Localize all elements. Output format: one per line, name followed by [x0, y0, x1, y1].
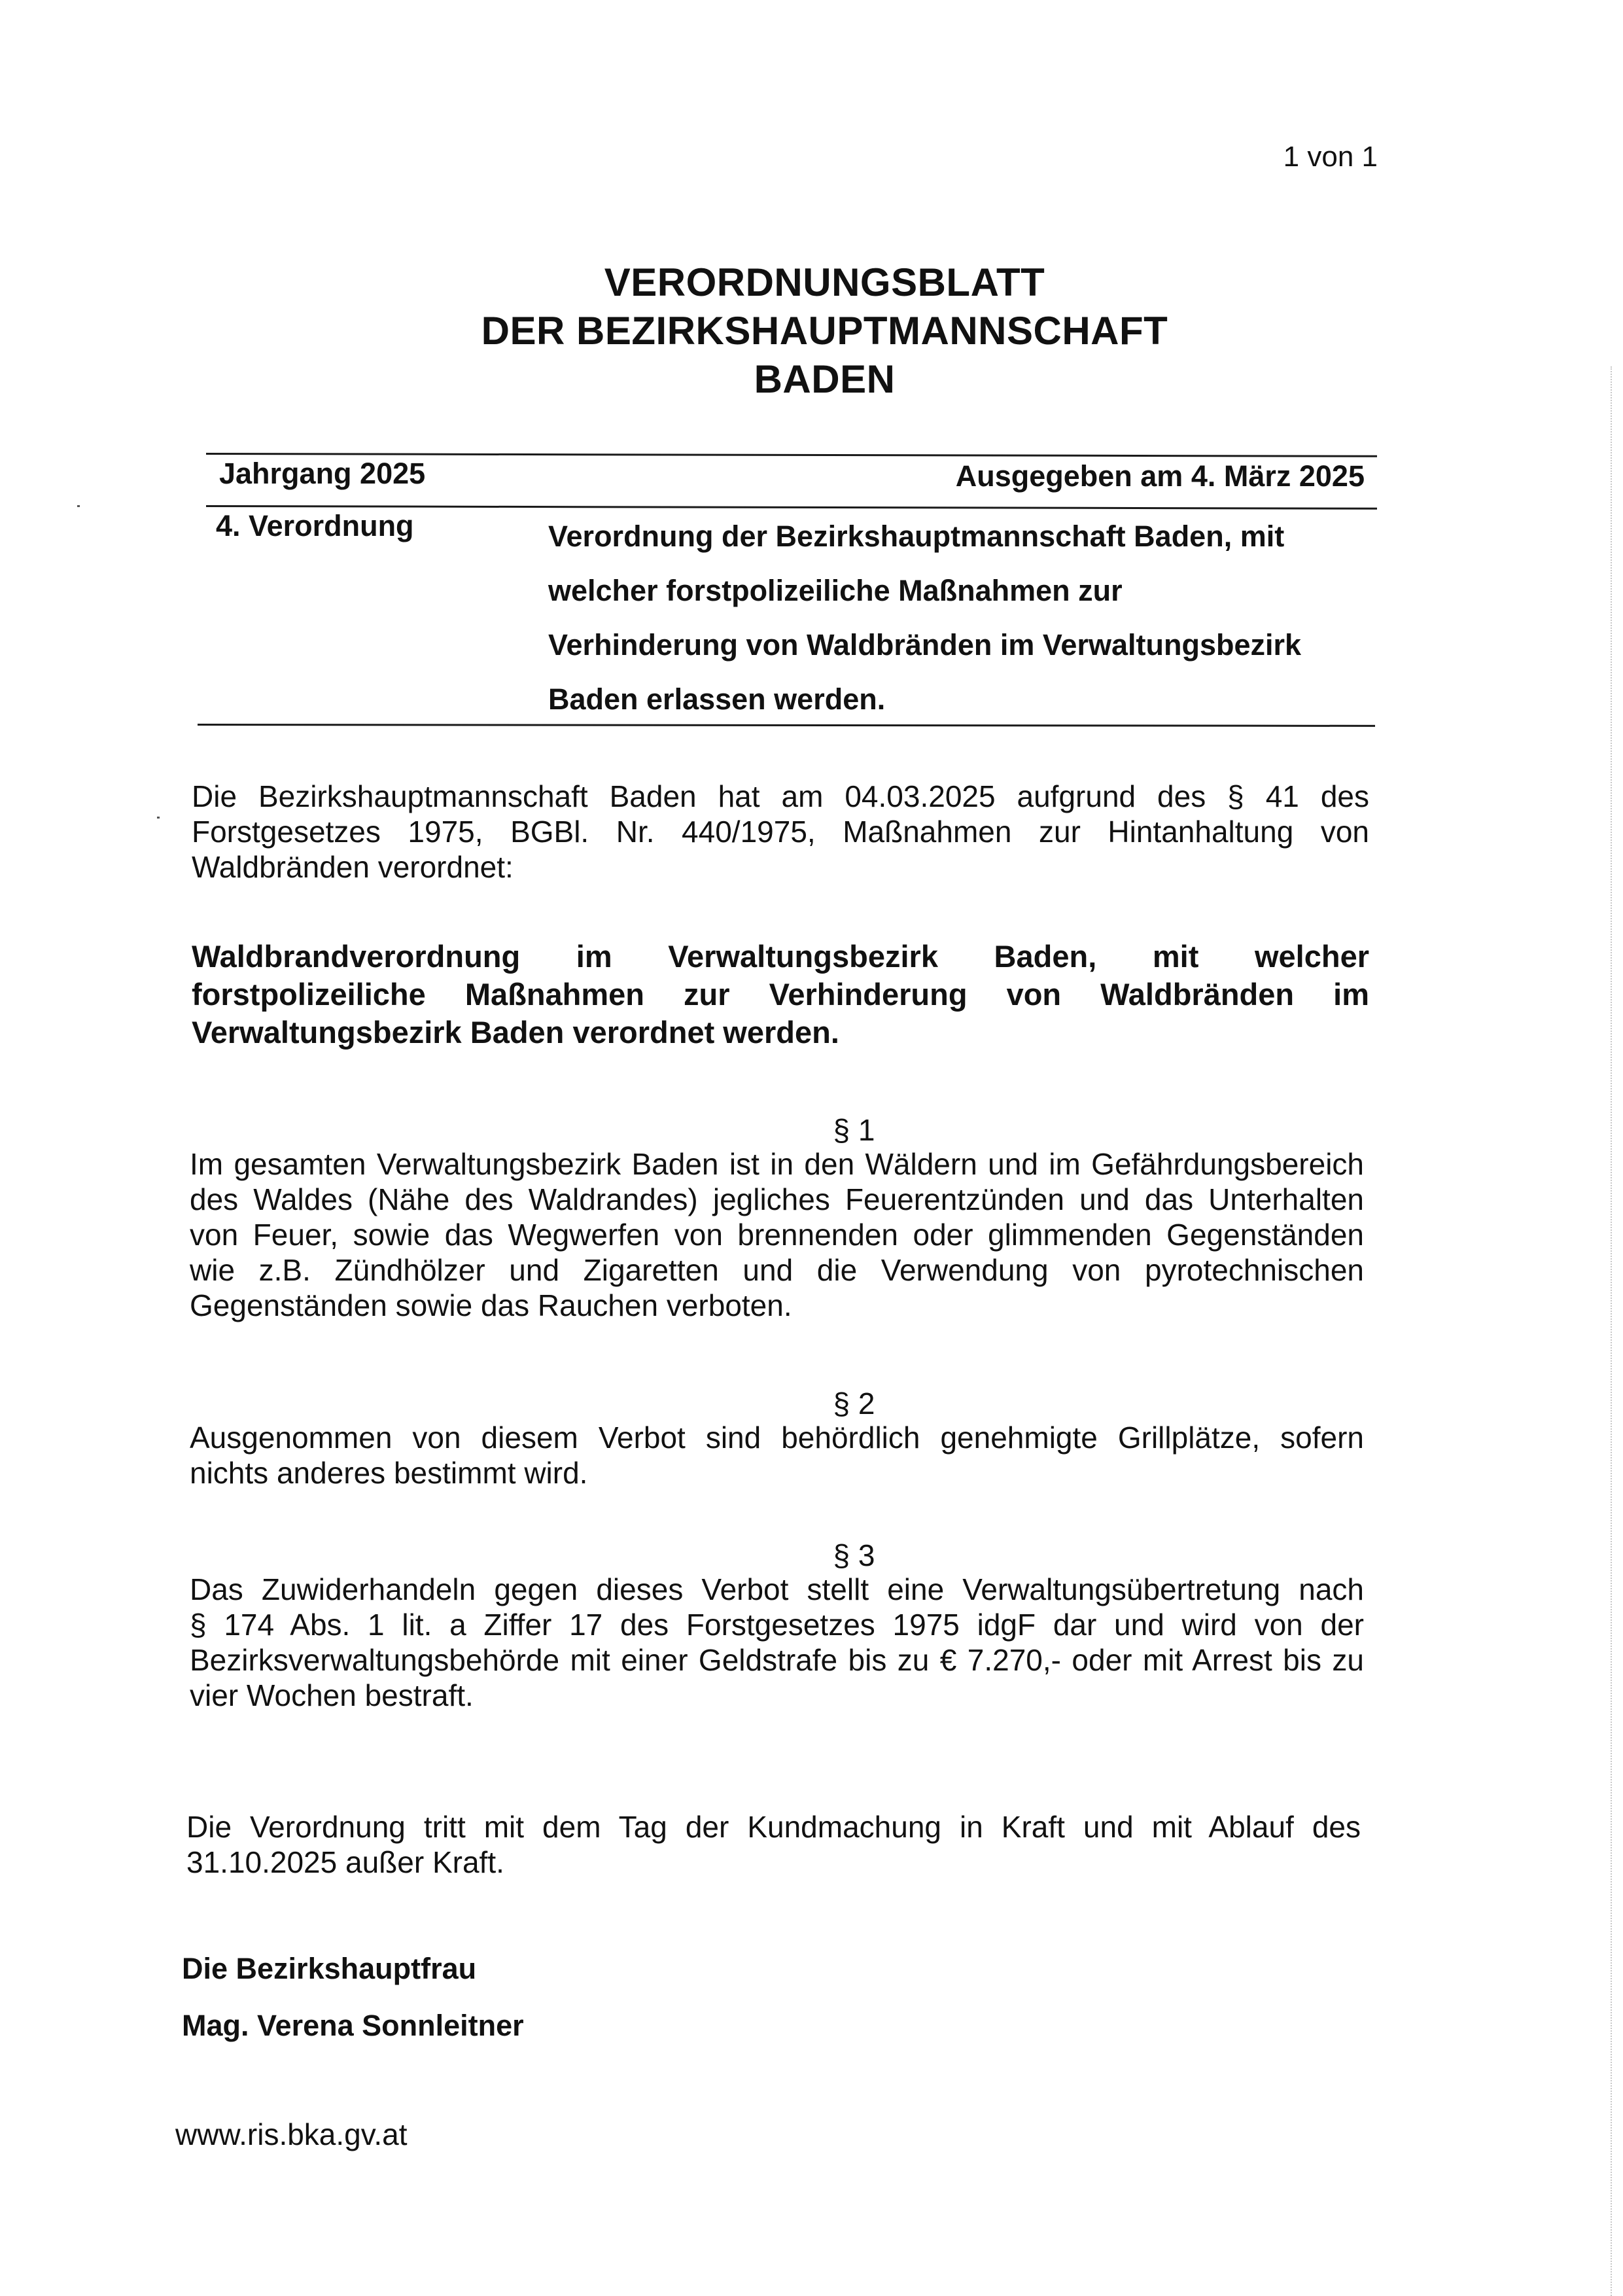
section-2-text: Ausgenommen von diesem Verbot sind behör…	[190, 1420, 1364, 1491]
regulation-heading: Waldbrandverordnung im Verwaltungsbezirk…	[192, 938, 1369, 1051]
footer-url[interactable]: www.ris.bka.gv.at	[175, 2117, 407, 2152]
paragraph-line: Die Bezirkshauptmannschaft Baden hat am …	[192, 779, 1369, 814]
gazette-title: VERORDNUNGSBLATT DER BEZIRKSHAUPTMANNSCH…	[0, 258, 1623, 404]
signatory-role: Die Bezirkshauptfrau	[182, 1952, 476, 1986]
paragraph-line: § 174 Abs. 1 lit. a Ziffer 17 des Forstg…	[190, 1607, 1364, 1642]
section-1-heading: § 1	[0, 1112, 1623, 1148]
gazette-title-line: BADEN	[26, 355, 1623, 404]
ordinance-title-line: Verordnung der Bezirkshauptmannschaft Ba…	[548, 509, 1372, 563]
ordinance-title-line: Baden erlassen werden.	[548, 672, 1372, 726]
paragraph-line: Waldbränden verordnet:	[192, 849, 1369, 885]
section-1-text: Im gesamten Verwaltungsbezirk Baden ist …	[190, 1146, 1364, 1323]
paragraph-line: 31.10.2025 außer Kraft.	[186, 1845, 1361, 1880]
closing-paragraph: Die Verordnung tritt mit dem Tag der Kun…	[186, 1809, 1361, 1880]
signatory-name: Mag. Verena Sonnleitner	[182, 2009, 524, 2043]
issue-date: Ausgegeben am 4. März 2025	[956, 459, 1365, 493]
paragraph-line: Die Verordnung tritt mit dem Tag der Kun…	[186, 1809, 1361, 1845]
section-3-text: Das Zuwiderhandeln gegen dieses Verbot s…	[190, 1572, 1364, 1713]
section-3-heading: § 3	[0, 1538, 1623, 1573]
section-2-heading: § 2	[0, 1386, 1623, 1421]
intro-paragraph: Die Bezirkshauptmannschaft Baden hat am …	[192, 779, 1369, 885]
ordinance-title-line: welcher forstpolizeiliche Maßnahmen zur	[548, 563, 1372, 618]
divider-bottom	[198, 724, 1375, 727]
ordinance-number: 4. Verordnung	[216, 509, 414, 543]
paragraph-line: von Feuer, sowie das Wegwerfen von brenn…	[190, 1217, 1364, 1252]
paragraph-line: des Waldes (Nähe des Waldrandes) jeglich…	[190, 1182, 1364, 1217]
paragraph-line: Im gesamten Verwaltungsbezirk Baden ist …	[190, 1146, 1364, 1182]
ordinance-title-line: Verhinderung von Waldbränden im Verwaltu…	[548, 618, 1372, 672]
scan-edge-artifact	[1611, 366, 1612, 2296]
paragraph-line: nichts anderes bestimmt wird.	[190, 1455, 1364, 1491]
paragraph-line: Waldbrandverordnung im Verwaltungsbezirk…	[192, 938, 1369, 976]
paragraph-line: forstpolizeiliche Maßnahmen zur Verhinde…	[192, 976, 1369, 1014]
scan-speck	[157, 817, 160, 819]
paragraph-line: vier Wochen bestraft.	[190, 1678, 1364, 1713]
paragraph-line: Gegenständen sowie das Rauchen verboten.	[190, 1288, 1364, 1323]
paragraph-line: Verwaltungsbezirk Baden verordnet werden…	[192, 1014, 1369, 1051]
volume-label: Jahrgang 2025	[219, 457, 425, 491]
page-number: 1 von 1	[1283, 141, 1378, 173]
scan-speck	[77, 505, 80, 507]
gazette-title-line: VERORDNUNGSBLATT	[26, 258, 1623, 307]
paragraph-line: Forstgesetzes 1975, BGBl. Nr. 440/1975, …	[192, 814, 1369, 849]
gazette-title-line: DER BEZIRKSHAUPTMANNSCHAFT	[26, 307, 1623, 355]
paragraph-line: Ausgenommen von diesem Verbot sind behör…	[190, 1420, 1364, 1455]
paragraph-line: wie z.B. Zündhölzer und Zigaretten und d…	[190, 1252, 1364, 1288]
paragraph-line: Bezirksverwaltungsbehörde mit einer Geld…	[190, 1642, 1364, 1678]
ordinance-title: Verordnung der Bezirkshauptmannschaft Ba…	[548, 509, 1372, 726]
paragraph-line: Das Zuwiderhandeln gegen dieses Verbot s…	[190, 1572, 1364, 1607]
